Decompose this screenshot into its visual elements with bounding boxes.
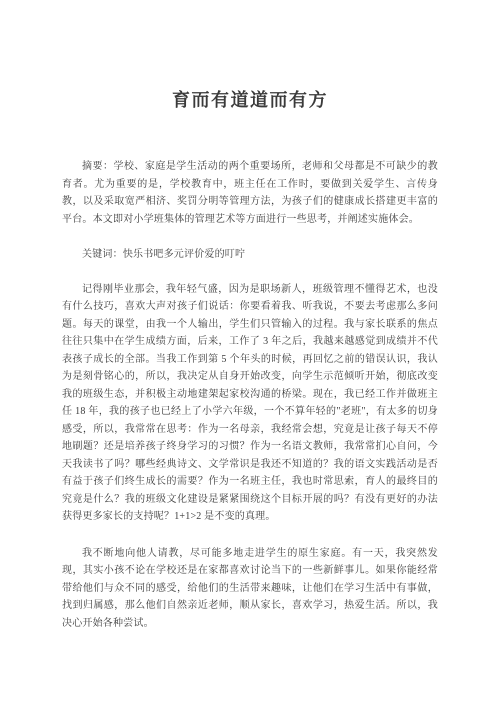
page-title: 育而有道道而有方 bbox=[62, 86, 438, 112]
document-page: 育而有道道而有方 摘要：学校、家庭是学生活动的两个重要场所，老师和父母都是不可缺… bbox=[0, 0, 500, 707]
abstract-paragraph: 摘要：学校、家庭是学生活动的两个重要场所，老师和父母都是不可缺少的教育者。尤为重… bbox=[62, 158, 438, 228]
body-paragraph-2: 我不断地向他人请教，尽可能多地走进学生的原生家庭。有一天，我突然发现，其实小孩不… bbox=[62, 545, 438, 633]
abstract-text: 学校、家庭是学生活动的两个重要场所，老师和父母都是不可缺少的教育者。尤为重要的是… bbox=[62, 161, 438, 225]
keywords-label: 关键词： bbox=[82, 249, 123, 260]
keywords-paragraph: 关键词：快乐书吧多元评价爱的叮咛 bbox=[62, 246, 438, 264]
document-content: 育而有道道而有方 摘要：学校、家庭是学生活动的两个重要场所，老师和父母都是不可缺… bbox=[0, 0, 500, 632]
keywords-text: 快乐书吧多元评价爱的叮咛 bbox=[123, 249, 245, 260]
abstract-label: 摘要： bbox=[82, 161, 113, 172]
body-paragraph-1: 记得刚毕业那会，我年轻气盛，因为是职场新人，班级管理不懂得艺术，也没有什么技巧，… bbox=[62, 281, 438, 526]
